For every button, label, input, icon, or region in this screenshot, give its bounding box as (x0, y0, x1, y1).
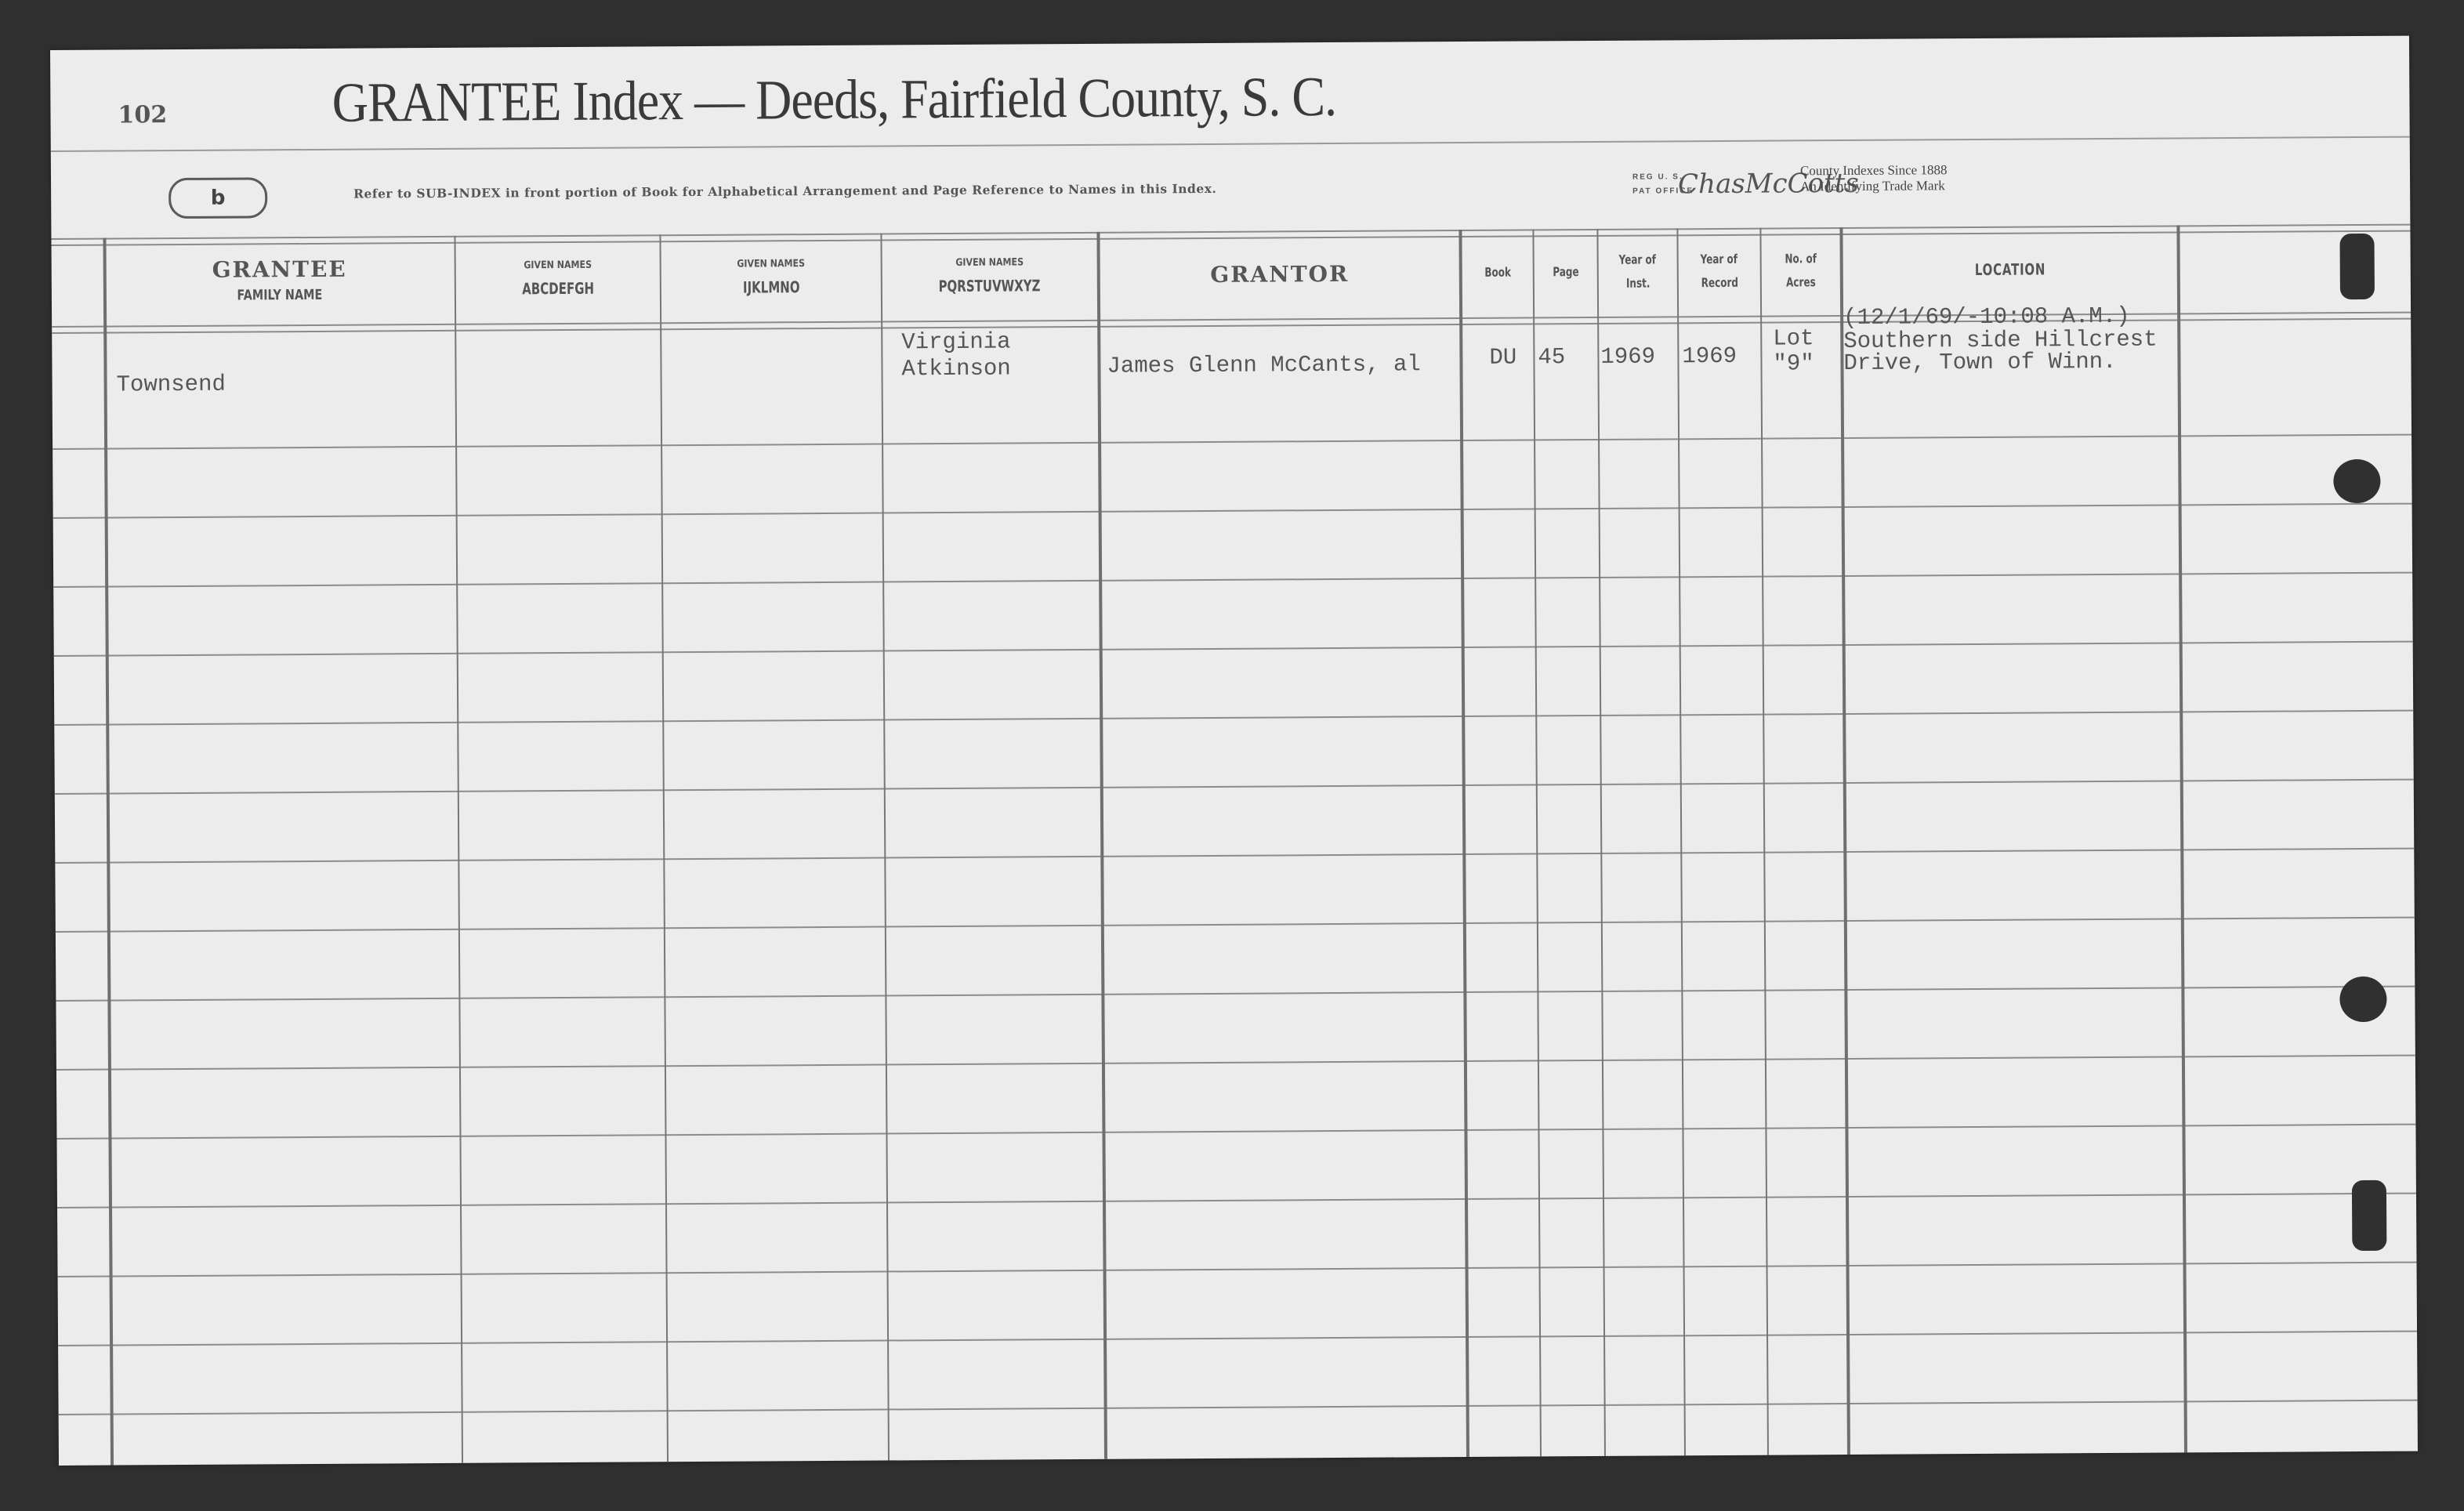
column-line (659, 234, 669, 1466)
column-line (1458, 230, 1469, 1466)
row-line (55, 779, 2414, 795)
row-line (53, 434, 2411, 450)
row-line (56, 917, 2415, 933)
row-line (56, 1055, 2415, 1071)
column-line (1596, 229, 1606, 1466)
header-given-ijklmno: GIVEN NAMES IJKLMNO (661, 234, 881, 321)
row-line (57, 1193, 2416, 1208)
row-line (59, 1400, 2418, 1415)
binder-slot-bottom (2352, 1180, 2387, 1251)
row-line (54, 710, 2413, 726)
row-line (56, 986, 2415, 1002)
column-line (2176, 225, 2187, 1463)
row-line (53, 503, 2412, 519)
entry-acres-line2: "9" (1773, 351, 1814, 376)
row-line (55, 848, 2414, 864)
trademark-text: County Indexes Since 1888 An Identifying… (1800, 162, 1948, 194)
header-acres: No. of Acres (1761, 227, 1840, 314)
entry-family-name: Townsend (117, 372, 226, 398)
row-line (54, 641, 2413, 657)
binder-hole (2333, 459, 2380, 503)
header-grantor: GRANTOR (1100, 230, 1459, 318)
column-line (1676, 228, 1686, 1466)
entry-grantor: James Glenn McCants, al (1107, 352, 1420, 379)
header-given-abcdefgh: GIVEN NAMES ABCDEFGH (455, 234, 660, 322)
header-year-inst: Year of Inst. (1598, 228, 1677, 315)
subheader-row: b Refer to SUB-INDEX in front portion of… (51, 138, 2411, 238)
row-line (58, 1262, 2417, 1277)
header-given-pqrstuvwxyz: GIVEN NAMES PQRSTUVWXYZ (882, 232, 1097, 320)
index-tab-letter: b (168, 177, 267, 219)
index-page: 102 GRANTEE Index — Deeds, Fairfield Cou… (50, 36, 2418, 1466)
binder-hole (2339, 977, 2386, 1022)
grantee-index-table: GRANTEE FAMILY NAME GIVEN NAMES ABCDEFGH… (51, 224, 2418, 1466)
entry-acres-line1: Lot (1773, 326, 1814, 351)
column-line (1532, 229, 1542, 1466)
header-year-record: Year of Record (1678, 228, 1760, 315)
page-title: GRANTEE Index — Deeds, Fairfield County,… (50, 63, 1618, 137)
entry-book: DU (1489, 346, 1516, 371)
refer-note: Refer to SUB-INDEX in front portion of B… (353, 181, 1216, 201)
column-line (1839, 227, 1850, 1466)
header-page: Page (1534, 229, 1597, 315)
entry-year-inst: 1969 (1600, 344, 1655, 369)
header-book: Book (1462, 229, 1533, 316)
row-line (58, 1331, 2417, 1346)
header-location: LOCATION (1843, 225, 2177, 313)
entry-given-name-line1: Virginia (901, 330, 1010, 356)
column-line (103, 238, 114, 1466)
row-line (56, 1124, 2415, 1140)
column-line (1759, 228, 1769, 1466)
column-line (454, 236, 463, 1466)
entry-year-record: 1969 (1682, 344, 1737, 369)
entry-given-name-line2: Atkinson (901, 357, 1010, 382)
entry-location-line3: Drive, Town of Winn. (1843, 350, 2116, 376)
row-line (53, 572, 2412, 588)
column-line (1096, 232, 1107, 1466)
entry-page: 45 (1538, 345, 1565, 370)
header-grantee: GRANTEE FAMILY NAME (104, 236, 455, 324)
column-line (880, 234, 890, 1466)
binder-slot-top (2339, 234, 2375, 299)
